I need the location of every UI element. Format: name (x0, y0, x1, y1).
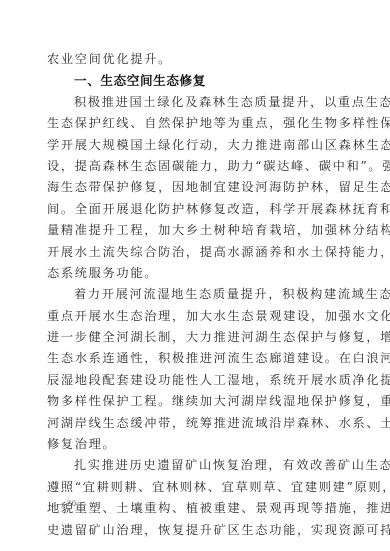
paragraph-line: 扎实推进历史遗留矿山恢复治理，有效改善矿山生态环境。 (47, 455, 341, 476)
paragraph-line: 重点开展水生态治理，加大水生态景观建设，加强水文化建设， (47, 306, 341, 327)
paragraph-line: 河湖岸线生态缓冲带，统筹推进流域沿岸森林、水系、土壤综合 (47, 413, 341, 434)
paragraph-mine: 扎实推进历史遗留矿山恢复治理，有效改善矿山生态环境。 遵照“宜耕则耕、宜林则林、… (47, 455, 341, 541)
paragraph-forest: 积极推进国土绿化及森林生态质量提升，以重点生态功能区、 生态保护红线、自然保护地… (47, 92, 341, 285)
paragraph-line: 生态水系连通性，积极推进河流生态廊道建设。在白浪河下游北 (47, 348, 341, 369)
lead-line: 农业空间优化提升。 (47, 49, 341, 70)
paragraph-line: 辰湿地段配套建设功能性人工湿地，系统开展水质净化提升与生 (47, 370, 341, 391)
paragraph-line: 遵照“宜耕则耕、宜林则林、宜草则草、宜建则建”原则，采取 (47, 477, 341, 498)
paragraph-line: 地貌重塑、土壤重构、植被重建、景观再现等措施，推进全市历 (47, 498, 341, 519)
paragraph-line: 进一步健全河湖长制，大力推进河湖生态保护与修复，增强河湖 (47, 327, 341, 348)
paragraph-line: 学开展大规模国土绿化行动，大力推进南部山区森林生态屏障建 (47, 135, 341, 156)
paragraph-line: 开展水土流失综合防治，提高水源涵养和水土保持能力，增强生 (47, 242, 341, 263)
paragraph-line: 着力开展河流湿地生态质量提升，积极构建流域生态缓冲带。 (47, 284, 341, 305)
paragraph-line: 量精准提升工程，加大乡土树种培育栽培，加强林分结构改造。 (47, 220, 341, 241)
paragraph-line: 修复治理。 (47, 434, 341, 455)
paragraph-line: 间。全面开展退化防护林修复改造，科学开展森林抚育和森林质 (47, 199, 341, 220)
paragraph-line: 积极推进国土绿化及森林生态质量提升，以重点生态功能区、 (47, 92, 341, 113)
section-heading: 一、生态空间生态修复 (47, 70, 341, 91)
paragraph-line: 态系统服务功能。 (47, 263, 341, 284)
paragraph-wetland: 着力开展河流湿地生态质量提升，积极构建流域生态缓冲带。 重点开展水生态治理，加大… (47, 284, 341, 455)
paragraph-line: 物多样性保护工程。继续加大河湖岸线湿地保护修复，重点建设 (47, 391, 341, 412)
paragraph-line: 史遗留矿山治理，恢复提升矿区生态功能，实现资源可持续利用。 (47, 520, 341, 541)
document-page: 农业空间优化提升。 一、生态空间生态修复 积极推进国土绿化及森林生态质量提升，以… (47, 49, 341, 541)
paragraph-line: 海生态带保护修复，因地制宜建设河海防护林，留足生态缓冲空 (47, 177, 341, 198)
paragraph-line: 设，提高森林生态固碳能力，助力“碳达峰、碳中和”。强化河 (47, 156, 341, 177)
page-number: — 20 — (57, 500, 86, 508)
paragraph-line: 生态保护红线、自然保护地等为重点，强化生物多样性保护。科 (47, 113, 341, 134)
